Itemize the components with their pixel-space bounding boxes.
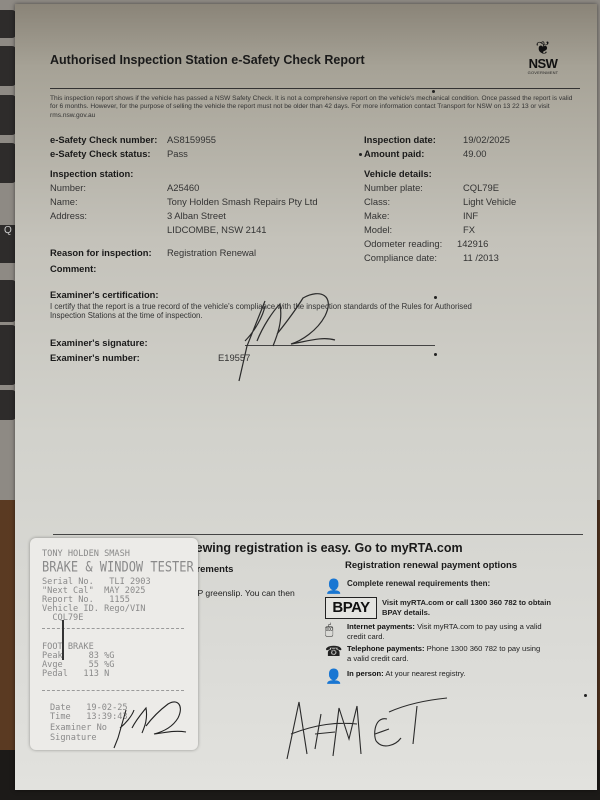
receipt-pedal: Pedal 113 N <box>42 670 109 679</box>
station-address-line1: 3 Alban Street <box>167 210 226 221</box>
in-person-row: 👤 In person: At your nearest registry. <box>325 669 542 679</box>
check-status-value: Pass <box>167 148 188 159</box>
signature-label: Examiner's signature: <box>50 337 148 348</box>
renewal-headline: newing registration is easy. Go to myRTA… <box>188 541 463 555</box>
examiner-number-label: Examiner's number: <box>50 352 140 363</box>
station-name-value: Tony Holden Smash Repairs Pty Ltd <box>167 196 318 207</box>
compliance-date-label: Compliance date: <box>364 252 437 263</box>
receipt-signature-label: Signature <box>50 734 97 743</box>
bpay-text: Visit myRTA.com or call 1300 360 782 to … <box>382 598 582 618</box>
internet-payments-row: 🖱 Internet payments: Visit myRTA.com to … <box>325 622 542 642</box>
station-number-value: A25460 <box>167 182 199 193</box>
telephone-payments-row: ☎ Telephone payments: Phone 1300 360 782… <box>325 644 542 664</box>
intro-text: This inspection report shows if the vehi… <box>50 95 580 120</box>
station-address-label: Address: <box>50 210 87 221</box>
vehicle-heading: Vehicle details: <box>364 168 432 179</box>
punch-mark <box>584 694 587 697</box>
plate-value: CQL79E <box>463 182 499 193</box>
complete-requirements-row: 👤 Complete renewal requirements then: <box>325 579 542 589</box>
check-number-label: e-Safety Check number: <box>50 134 157 145</box>
check-number-value: AS8159955 <box>167 134 216 145</box>
punch-mark <box>434 353 437 356</box>
payment-options-subhead: Registration renewal payment options <box>345 560 517 571</box>
amount-paid-value: 49.00 <box>463 148 486 159</box>
inspection-date-value: 19/02/2025 <box>463 134 510 145</box>
station-name-label: Name: <box>50 196 78 207</box>
receipt-divider <box>42 690 184 691</box>
waratah-icon: ❦ <box>523 39 563 57</box>
keyboard-key <box>0 280 16 322</box>
pen-mark <box>62 620 64 660</box>
amount-paid-label: Amount paid: <box>364 148 424 159</box>
receipt-signature <box>112 698 192 748</box>
examiner-signature <box>225 286 365 386</box>
keyboard-key <box>0 10 16 38</box>
punch-mark <box>359 153 362 156</box>
make-value: INF <box>463 210 478 221</box>
nsw-government-logo: ❦ NSW GOVERNMENT <box>523 39 563 83</box>
keyboard-key <box>0 95 16 135</box>
certification-text-line2: Inspection Stations at the time of inspe… <box>50 311 203 320</box>
person-icon: 👤 <box>325 579 342 593</box>
reason-value: Registration Renewal <box>167 247 256 258</box>
model-label: Model: <box>364 224 392 235</box>
compliance-date-value: 11 /2013 <box>463 252 499 263</box>
plate-label: Number plate: <box>364 182 423 193</box>
check-status-label: e-Safety Check status: <box>50 148 151 159</box>
keyboard-key <box>0 325 16 385</box>
comment-label: Comment: <box>50 263 96 274</box>
person-icon: 👤 <box>325 669 342 683</box>
section-divider <box>53 534 583 535</box>
punch-mark <box>434 296 437 299</box>
receipt-examiner: Examiner No <box>50 724 107 733</box>
inspection-date-label: Inspection date: <box>364 134 436 145</box>
odometer-value: 142916 <box>457 238 488 249</box>
class-value: Light Vehicle <box>463 196 516 207</box>
reason-label: Reason for inspection: <box>50 247 152 258</box>
telephone-icon: ☎ <box>325 644 342 658</box>
make-label: Make: <box>364 210 390 221</box>
station-address-line2: LIDCOMBE, NSW 2141 <box>167 224 267 235</box>
brake-tester-receipt: TONY HOLDEN SMASH BRAKE & WINDOW TESTER … <box>30 538 198 750</box>
class-label: Class: <box>364 196 390 207</box>
keyboard-key <box>0 46 16 86</box>
receipt-device: BRAKE & WINDOW TESTER <box>42 560 194 575</box>
requirements-text-line1: CTP greenslip. You can then <box>186 588 295 598</box>
receipt-business: TONY HOLDEN SMASH <box>42 550 130 559</box>
mouse-icon: 🖱 <box>325 622 333 636</box>
punch-mark <box>432 90 435 93</box>
report-title: Authorised Inspection Station e-Safety C… <box>50 53 365 67</box>
odometer-label: Odometer reading: <box>364 238 442 249</box>
keyboard-key <box>0 143 16 183</box>
model-value: FX <box>463 224 475 235</box>
certification-heading: Examiner's certification: <box>50 289 159 300</box>
bpay-logo: BPAY <box>325 597 377 619</box>
keyboard-key <box>0 390 16 420</box>
header-divider <box>50 88 580 89</box>
station-heading: Inspection station: <box>50 168 133 179</box>
handwritten-name <box>277 694 447 764</box>
station-number-label: Number: <box>50 182 86 193</box>
